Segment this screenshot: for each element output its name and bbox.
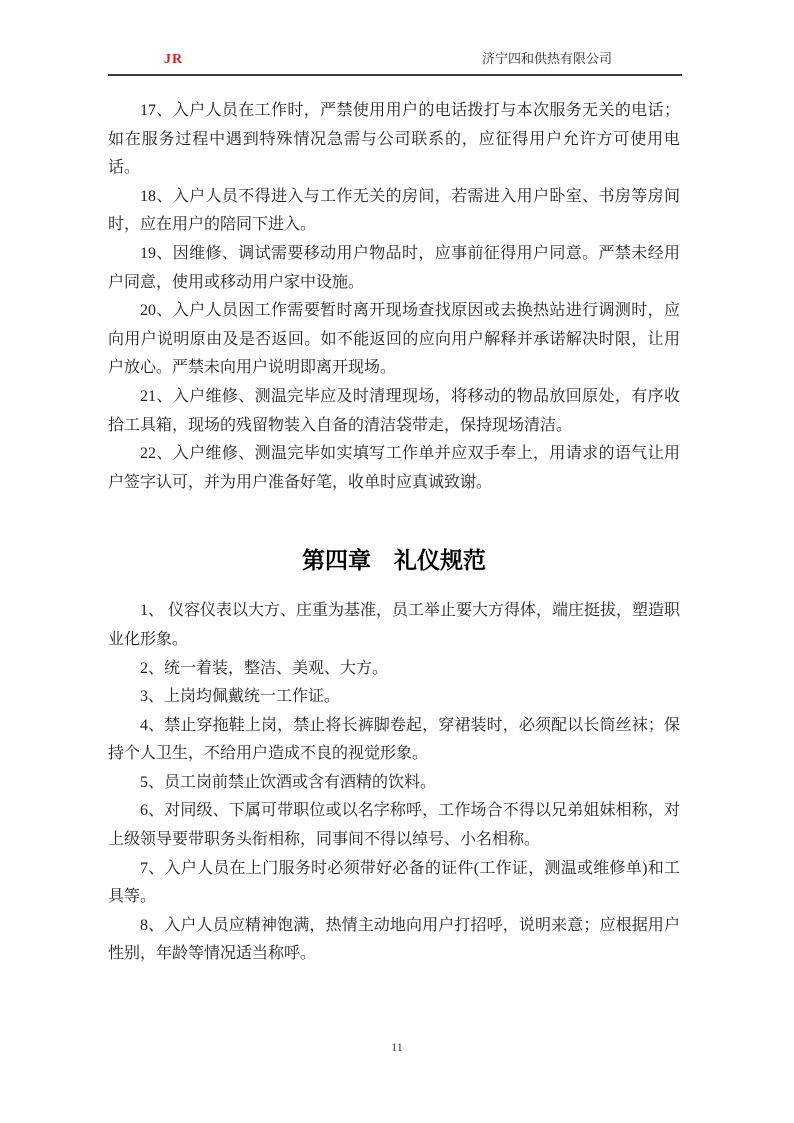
paragraph-3: 3、上岗均佩戴统一工作证。 [108,683,680,712]
page-header: JR 济宁四和供热有限公司 [108,48,682,76]
paragraph-22: 22、入户维修、测温完毕如实填写工作单并应双手奉上，用请求的语气让用户签字认可，… [108,440,680,497]
paragraph-5: 5、员工岗前禁止饮酒或含有酒精的饮料。 [108,769,680,798]
company-name: 济宁四和供热有限公司 [482,48,612,67]
paragraph-21: 21、入户维修、测温完毕应及时清理现场，将移动的物品放回原处，有序收拾工具箱，现… [108,383,680,440]
paragraph-19: 19、因维修、调试需要移动用户物品时，应事前征得用户同意。严禁未经用户同意，使用… [108,240,680,297]
document-content: 17、入户人员在工作时，严禁使用用户的电话拨打与本次服务无关的电话；如在服务过程… [108,97,680,969]
paragraph-8: 8、入户人员应精神饱满，热情主动地向用户打招呼，说明来意；应根据用户性别，年龄等… [108,912,680,969]
paragraph-7: 7、入户人员在上门服务时必须带好必备的证件(工作证，测温或维修单)和工具等。 [108,855,680,912]
paragraph-18: 18、入户人员不得进入与工作无关的房间，若需进入用户卧室、书房等房间时，应在用户… [108,183,680,240]
chapter-heading: 第四章 礼仪规范 [108,543,680,577]
paragraph-20: 20、入户人员因工作需要暂时离开现场查找原因或去换热站进行调测时，应向用户说明原… [108,297,680,383]
paragraph-4: 4、禁止穿拖鞋上岗，禁止将长裤脚卷起，穿裙装时，必须配以长筒丝袜；保持个人卫生，… [108,712,680,769]
page-footer: 11 [0,1040,794,1055]
page-number: 11 [391,1040,403,1054]
paragraph-17: 17、入户人员在工作时，严禁使用用户的电话拨打与本次服务无关的电话；如在服务过程… [108,97,680,183]
paragraph-6: 6、对同级、下属可带职位或以名字称呼，工作场合不得以兄弟姐妹相称，对上级领导要带… [108,797,680,854]
paragraph-1: 1、 仪容仪表以大方、庄重为基准，员工举止要大方得体，端庄挺拔，塑造职业化形象。 [108,597,680,654]
company-logo: JR [164,52,183,68]
paragraph-2: 2、统一着装，整洁、美观、大方。 [108,655,680,684]
document-page: JR 济宁四和供热有限公司 17、入户人员在工作时，严禁使用用户的电话拨打与本次… [0,0,794,1123]
